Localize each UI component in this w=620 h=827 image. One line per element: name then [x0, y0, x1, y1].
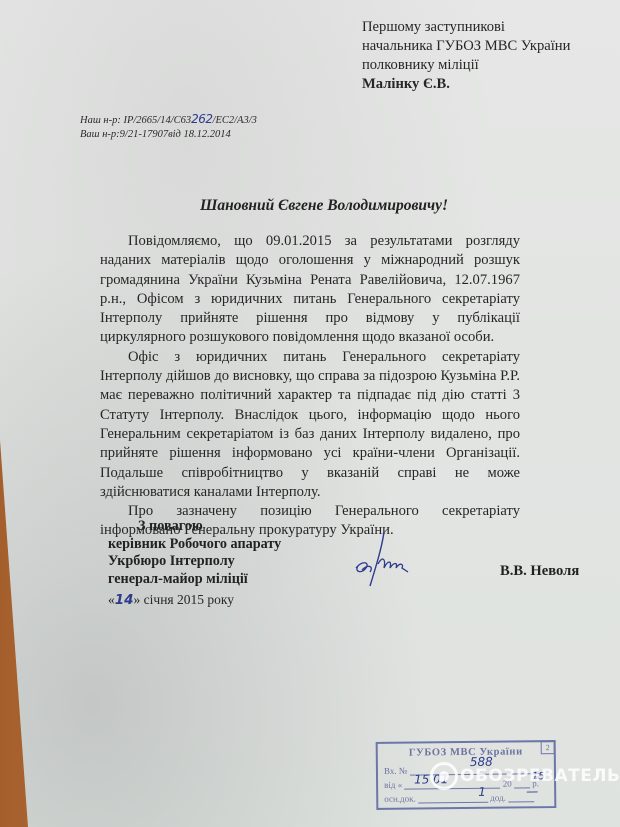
our-reference-prefix: Наш н-р: ІР/2665/14/С63 [80, 115, 191, 126]
greeting: Шановний Євгене Володимировичу! [0, 197, 620, 215]
closing-line: генерал-майор міліції [108, 571, 281, 589]
stamp-label: осн.док. [384, 794, 416, 804]
closing-line: Укрбюро Інтерполу [108, 553, 281, 571]
stamp-label: Вх. № [384, 766, 408, 776]
addressee-line: начальника ГУБОЗ МВС України [362, 37, 570, 56]
stamp-label: від « [384, 780, 402, 790]
handwritten-number: 262 [191, 112, 212, 126]
date-text: січня 2015 року [140, 592, 234, 607]
globe-logo-icon [430, 762, 458, 790]
our-reference-suffix: /EC2/A3/3 [213, 115, 257, 126]
paragraph: Повідомляємо, що 09.01.2015 за результат… [100, 232, 520, 348]
letter-body: Повідомляємо, що 09.01.2015 за результат… [100, 232, 520, 541]
stamp-row-documents: осн.док. дод. [384, 792, 534, 804]
stamp-title: ГУБОЗ МВС України [378, 746, 554, 759]
letter-date: «14» січня 2015 року [108, 592, 234, 608]
our-reference: Наш н-р: ІР/2665/14/С63262/EC2/A3/3 [80, 112, 257, 128]
closing-line: З повагою [108, 518, 281, 536]
date-day-handwritten: 14 [115, 592, 134, 608]
letter-page: Першому заступникові начальника ГУБОЗ МВ… [0, 0, 620, 827]
addressee-line: Першому заступникові [362, 18, 570, 37]
closing-block: З повагою керівник Робочого апарату Укрб… [108, 518, 281, 588]
watermark-text: ОБОЗРЕВАТЕЛЬ [460, 766, 620, 786]
addressee-line: полковнику міліції [362, 56, 570, 75]
signature-icon [348, 528, 418, 588]
date-quote: « [108, 592, 115, 607]
paragraph: Офіс з юридичних питань Генерального сек… [100, 348, 520, 502]
addressee-block: Першому заступникові начальника ГУБОЗ МВ… [362, 18, 570, 94]
reference-numbers: Наш н-р: ІР/2665/14/С63262/EC2/A3/3 Ваш … [80, 112, 257, 142]
closing-line: керівник Робочого апарату [108, 536, 281, 554]
addressee-name: Малінку Є.В. [362, 75, 570, 94]
stamp-label: дод. [490, 793, 506, 803]
your-reference: Ваш н-р:9/21-17907від 18.12.2014 [80, 128, 257, 142]
watermark: ОБОЗРЕВАТЕЛЬ [430, 762, 620, 790]
signer-name: В.В. Неволя [500, 563, 579, 580]
